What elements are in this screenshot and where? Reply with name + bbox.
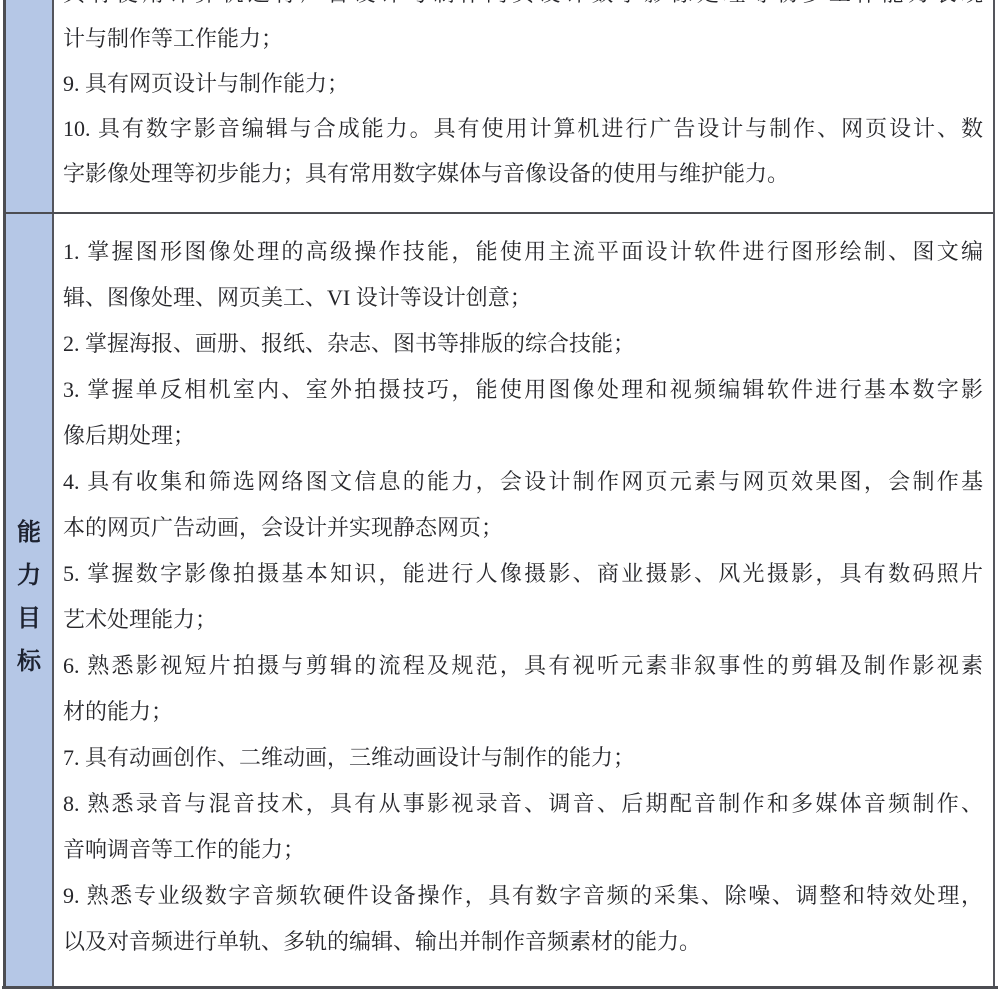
text-line: 材的能力； [63,689,983,735]
text-line: 本的网页广告动画，会设计并实现静态网页； [63,505,983,551]
text-line: 7. 具有动画创作、二维动画，三维动画设计与制作的能力； [63,735,983,781]
text-line: 以及对音频进行单轨、多轨的编辑、输出并制作音频素材的能力。 [63,919,983,965]
text-line: 8. 熟悉录音与混音技术，具有从事影视录音、调音、后期配音制作和多媒体音频制作、 [63,781,983,827]
label-column-divider [52,0,54,986]
text-line: 3. 掌握单反相机室内、室外拍摄技巧，能使用图像处理和视频编辑软件进行基本数字影 [63,367,983,413]
text-line: 1. 掌握图形图像处理的高级操作技能，能使用主流平面设计软件进行图形绘制、图文编 [63,229,983,275]
table-right-border [993,0,995,986]
text-line: 9. 具有网页设计与制作能力； [63,61,983,106]
text-line: 字影像处理等初步能力；具有常用数字媒体与音像设备的使用与维护能力。 [63,151,983,196]
label-char: 能 [17,521,41,545]
row1-text-lines: 计与制作等工作能力；9. 具有网页设计与制作能力；10. 具有数字影音编辑与合成… [63,16,983,196]
text-line: 5. 掌握数字影像拍摄基本知识，能进行人像摄影、商业摄影、风光摄影，具有数码照片 [63,551,983,597]
row2-text-lines: 1. 掌握图形图像处理的高级操作技能，能使用主流平面设计软件进行图形绘制、图文编… [63,229,983,965]
table-cell-row2-ability-goals: 1. 掌握图形图像处理的高级操作技能，能使用主流平面设计软件进行图形绘制、图文编… [54,212,993,986]
text-line: 音响调音等工作的能力； [63,827,983,873]
text-line: 2. 掌握海报、画册、报纸、杂志、图书等排版的综合技能； [63,321,983,367]
text-line: 10. 具有数字影音编辑与合成能力。具有使用计算机进行广告设计与制作、网页设计、… [63,106,983,151]
label-char: 目 [17,607,41,631]
table-bottom-border [2,986,998,989]
clipped-line-fragment: 具有使用计算机进行广告设计与制作网页设计数字影像处理等初步工作能力表现 [63,0,983,16]
text-line: 6. 熟悉影视短片拍摄与剪辑的流程及规范，具有视听元素非叙事性的剪辑及制作影视素 [63,643,983,689]
label-column-background [6,0,52,986]
text-line: 4. 具有收集和筛选网络图文信息的能力，会设计制作网页元素与网页效果图，会制作基 [63,459,983,505]
text-line: 辑、图像处理、网页美工、VI 设计等设计创意； [63,275,983,321]
text-line: 计与制作等工作能力； [63,16,983,61]
text-line: 艺术处理能力； [63,597,983,643]
row-divider [3,212,995,214]
label-char: 标 [17,650,41,674]
curriculum-document-page: 能 力 目 标 具有使用计算机进行广告设计与制作网页设计数字影像处理等初步工作能… [0,0,1000,1000]
label-char: 力 [17,564,41,588]
text-line: 像后期处理； [63,413,983,459]
text-line: 9. 熟悉专业级数字音频软硬件设备操作，具有数字音频的采集、除噪、调整和特效处理… [63,873,983,919]
row2-label-ability-goals: 能 力 目 标 [6,521,52,674]
table-cell-row1: 具有使用计算机进行广告设计与制作网页设计数字影像处理等初步工作能力表现 计与制作… [54,0,993,212]
table-left-border [3,0,6,986]
